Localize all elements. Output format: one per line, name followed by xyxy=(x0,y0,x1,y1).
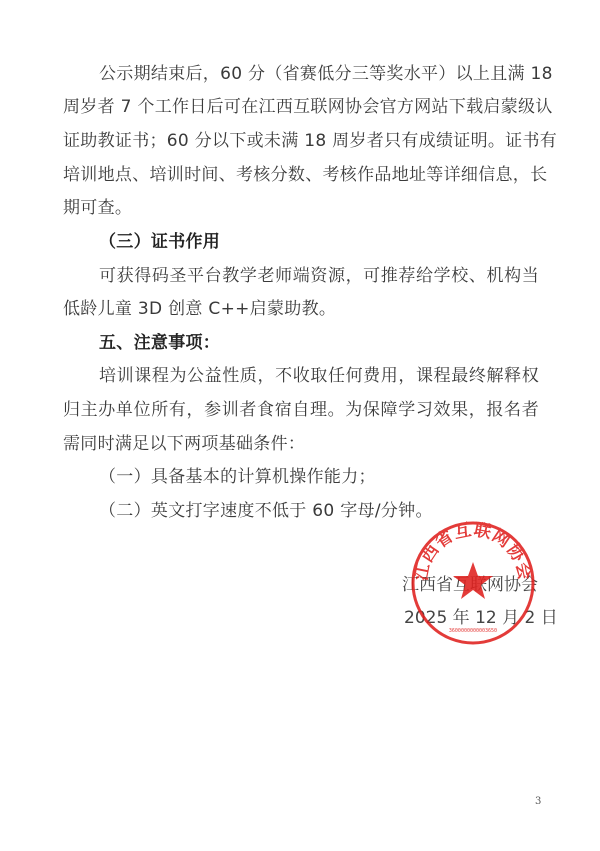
paragraph-3-line-2: 归主办单位所有，参训者食宿自理。为保障学习效果，报名者 xyxy=(63,399,539,421)
heading-notes: 五、注意事项： xyxy=(99,332,539,354)
paragraph-1-line-3: 证助教证书；60 分以下或未满 18 周岁者只有成绩证明。证书有 xyxy=(63,130,539,152)
page-number: 3 xyxy=(535,796,541,807)
paragraph-1-line-1: 公示期结束后，60 分（省赛低分三等奖水平）以上且满 18 xyxy=(99,63,539,85)
condition-2: （二）英文打字速度不低于 60 字母/分钟。 xyxy=(99,500,539,522)
paragraph-1-line-4: 培训地点、培训时间、考核分数、考核作品地址等详细信息，长 xyxy=(63,164,539,186)
paragraph-2-line-2: 低龄儿童 3D 创意 C++启蒙助教。 xyxy=(63,298,539,320)
document-page: 公示期结束后，60 分（省赛低分三等奖水平）以上且满 18 周岁者 7 个工作日… xyxy=(0,0,600,851)
official-seal-stamp-icon: 江西省互联网协会 3600000000003650 xyxy=(410,520,536,646)
paragraph-1-line-5: 期可查。 xyxy=(63,197,539,219)
paragraph-1-line-2: 周岁者 7 个工作日后可在江西互联网协会官方网站下载启蒙级认 xyxy=(63,96,539,118)
paragraph-3-line-3: 需同时满足以下两项基础条件： xyxy=(63,433,539,455)
paragraph-2-line-1: 可获得码圣平台教学老师端资源，可推荐给学校、机构当 xyxy=(99,265,539,287)
condition-1: （一）具备基本的计算机操作能力； xyxy=(99,466,539,488)
paragraph-3-line-1: 培训课程为公益性质，不收取任何费用，课程最终解释权 xyxy=(99,365,539,387)
svg-text:3600000000003650: 3600000000003650 xyxy=(449,628,497,634)
heading-certificate-use: （三）证书作用 xyxy=(99,231,539,253)
